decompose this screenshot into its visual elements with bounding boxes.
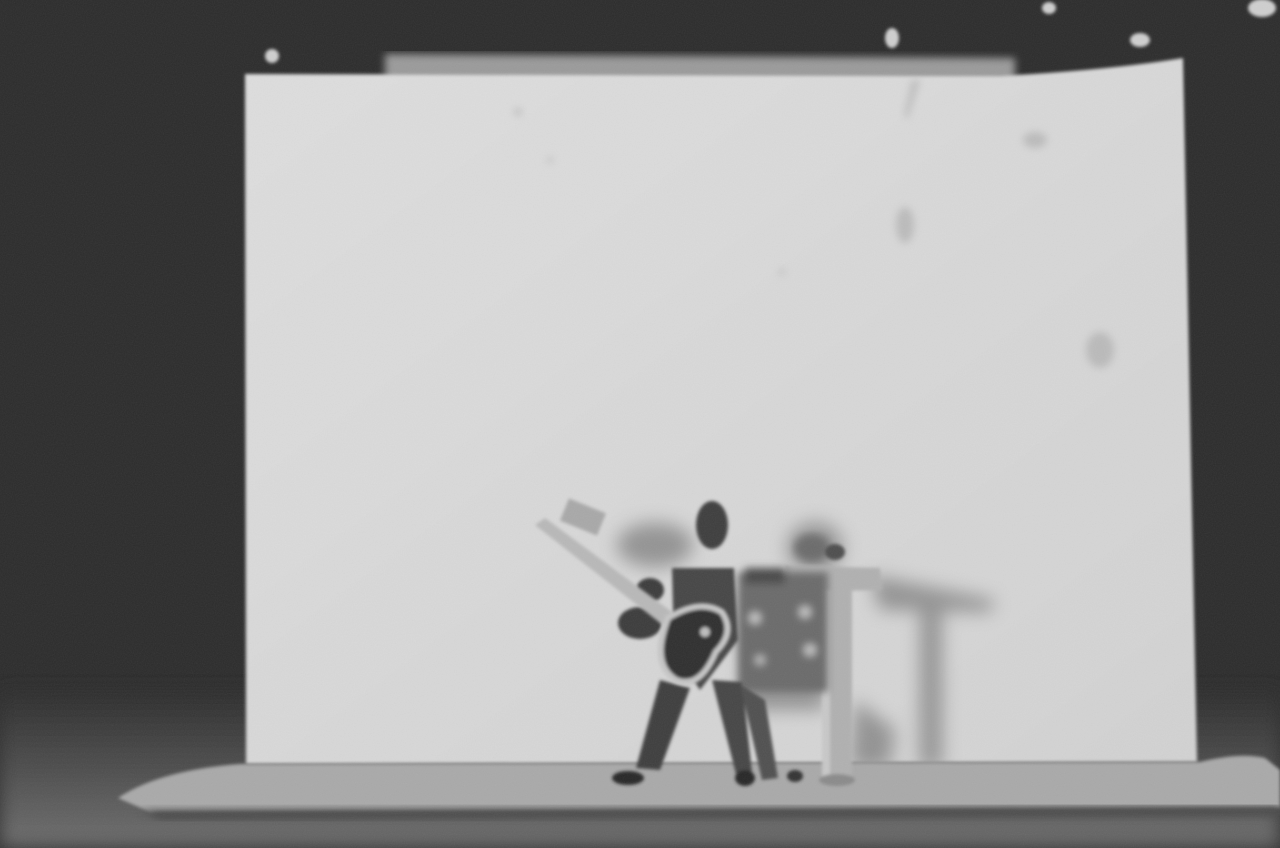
- film-grain: [0, 0, 1280, 848]
- photo-scene: [0, 0, 1280, 848]
- scene-drawing: [0, 0, 1280, 848]
